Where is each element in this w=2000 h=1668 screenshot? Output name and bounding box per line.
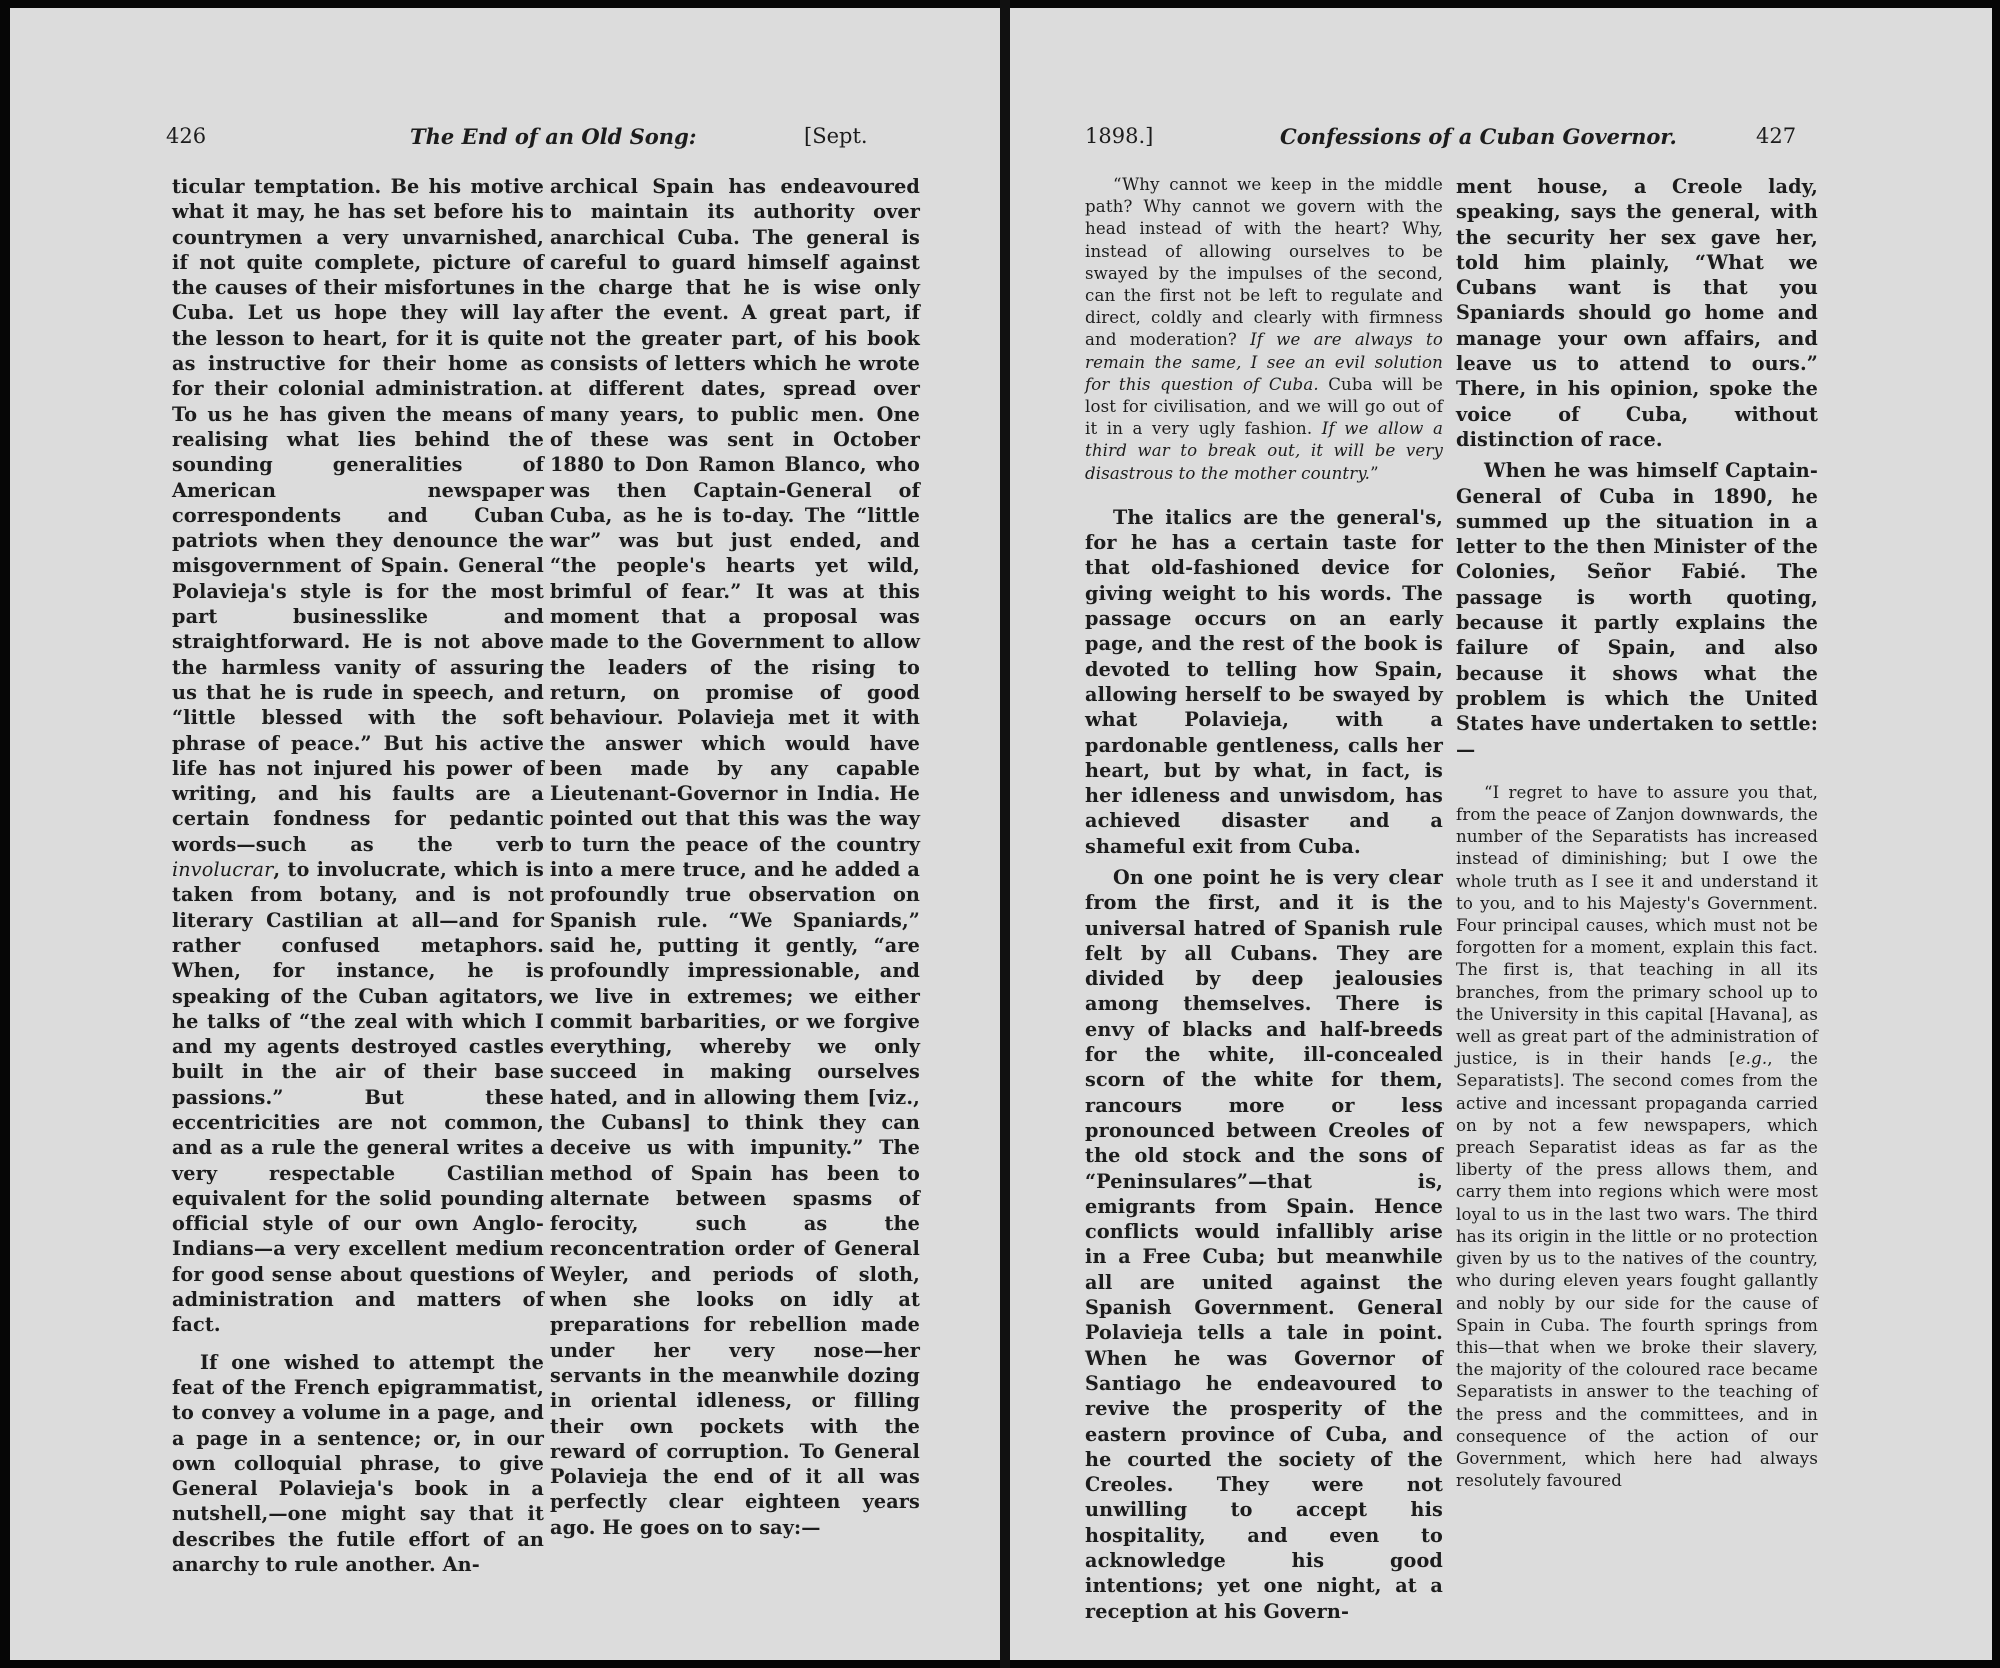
left-page: 426 The End of an Old Song: [Sept. ticul…: [10, 8, 1002, 1660]
running-title: Confessions of a Cuban Governor.: [1280, 124, 1677, 149]
page-number: 426: [166, 124, 206, 148]
left-column-1: ticular temptation. Be his motive what i…: [172, 174, 544, 1577]
paragraph: On one point he is very clear from the f…: [1085, 865, 1443, 1624]
right-page: 1898.] Confessions of a Cuban Governor. …: [1010, 8, 1992, 1660]
block-quote: “Why cannot we keep in the middle path? …: [1085, 174, 1443, 485]
paragraph: ticular temptation. Be his motive what i…: [172, 174, 544, 1338]
right-column-2: ment house, a Creole lady, speaking, say…: [1456, 174, 1818, 1492]
paragraph: ment house, a Creole lady, speaking, say…: [1456, 174, 1818, 452]
left-column-2: archical Spain has endeavoured to mainta…: [550, 174, 920, 1540]
book-gutter: [1000, 0, 1010, 1668]
right-column-1: “Why cannot we keep in the middle path? …: [1085, 174, 1443, 1624]
paragraph: archical Spain has endeavoured to mainta…: [550, 174, 920, 1540]
paragraph: The italics are the general's, for he ha…: [1085, 505, 1443, 859]
paragraph: When he was himself Captain-General of C…: [1456, 458, 1818, 762]
running-title: The End of an Old Song:: [410, 124, 697, 149]
page-number: 427: [1756, 124, 1796, 148]
running-date: 1898.]: [1085, 124, 1153, 148]
block-quote: “I regret to have to assure you that, fr…: [1456, 782, 1818, 1493]
paragraph: If one wished to attempt the feat of the…: [172, 1350, 544, 1578]
running-date: [Sept.: [804, 124, 868, 148]
